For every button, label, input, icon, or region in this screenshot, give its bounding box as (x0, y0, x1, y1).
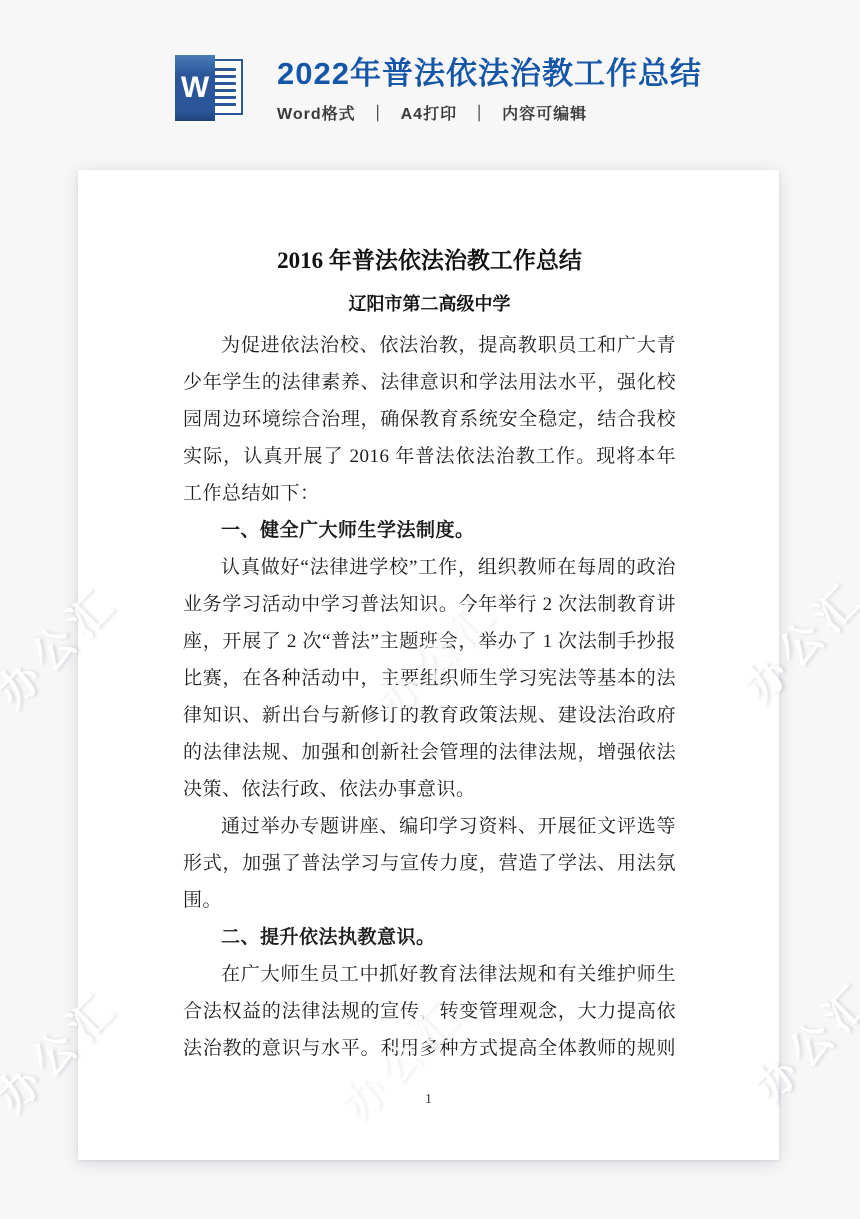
site-header: W 2022年普法依法治教工作总结 Word格式 ｜ A4打印 ｜ 内容可编辑 (175, 55, 702, 124)
page-title: 2022年普法依法治教工作总结 (277, 55, 702, 93)
page-number: 1 (78, 1092, 779, 1108)
meta-print: A4打印 (401, 101, 457, 124)
doc-paragraph: 认真做好“法律进学校”工作，组织教师在每周的政治业务学习活动中学习普法知识。今年… (183, 549, 676, 808)
doc-section-heading: 一、健全广大师生学法制度。 (183, 512, 676, 549)
meta-separator: ｜ (471, 101, 488, 124)
meta-editable: 内容可编辑 (502, 101, 587, 124)
doc-paragraph: 为促进依法治校、依法治教，提高教职员工和广大青少年学生的法律素养、法律意识和学法… (183, 327, 676, 512)
meta-separator: ｜ (370, 101, 387, 124)
word-logo-letter: W (175, 55, 215, 121)
doc-paragraph: 在广大师生员工中抓好教育法律法规和有关维护师生合法权益的法律法规的宣传，转变管理… (183, 956, 676, 1075)
doc-paragraph: 通过举办专题讲座、编印学习资料、开展征文评选等形式，加强了普法学习与宣传力度，营… (183, 808, 676, 919)
meta-format: Word格式 (277, 101, 356, 124)
document-meta-line: Word格式 ｜ A4打印 ｜ 内容可编辑 (277, 101, 702, 124)
document-content: 2016 年普法依法治教工作总结 辽阳市第二高级中学 为促进依法治校、依法治教，… (78, 170, 779, 1075)
document-page: 2016 年普法依法治教工作总结 辽阳市第二高级中学 为促进依法治校、依法治教，… (78, 170, 779, 1160)
word-logo-icon: W (175, 55, 243, 121)
doc-subtitle: 辽阳市第二高级中学 (183, 291, 676, 317)
doc-title: 2016 年普法依法治教工作总结 (183, 245, 676, 277)
doc-section-heading: 二、提升依法执教意识。 (183, 919, 676, 956)
header-text-block: 2022年普法依法治教工作总结 Word格式 ｜ A4打印 ｜ 内容可编辑 (277, 55, 702, 124)
